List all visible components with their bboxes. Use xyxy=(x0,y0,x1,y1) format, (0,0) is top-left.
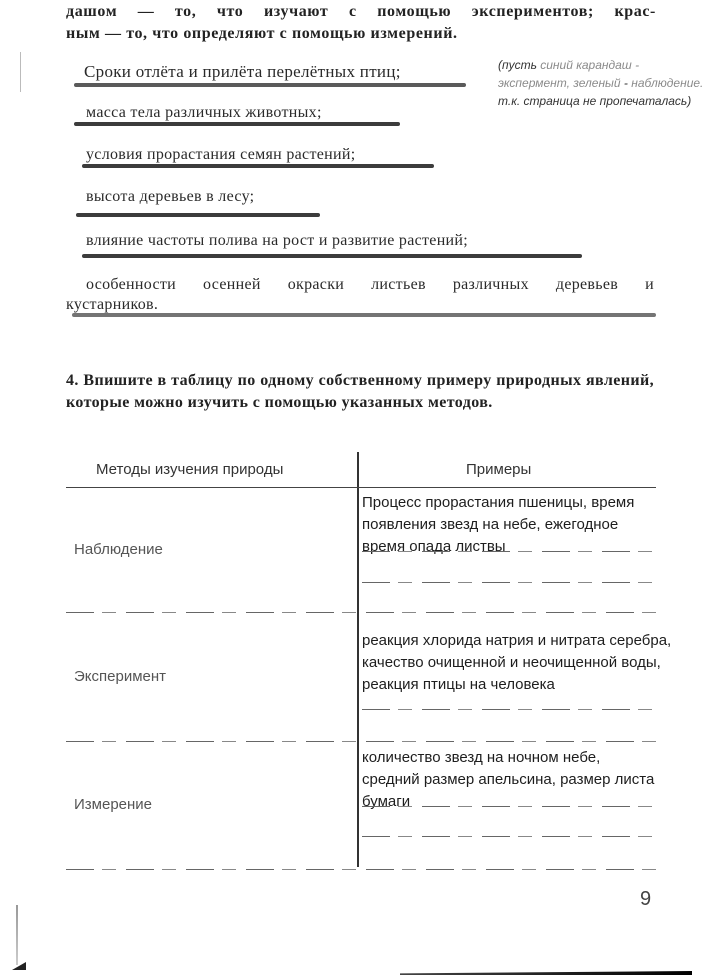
underline-mark xyxy=(82,164,434,168)
table-row-examples: реакция хлорида натрия и нитрата серебра… xyxy=(362,630,672,696)
task-4-prompt: 4. Впишите в таблицу по одному собственн… xyxy=(66,370,654,414)
list-item-3: условия прорастания семян растений; xyxy=(86,146,355,164)
example-line: появления звезд на небе, ежегодное xyxy=(362,514,672,536)
underline-mark xyxy=(76,213,320,217)
table-bottom-rule xyxy=(66,869,656,870)
note-text: (пусть xyxy=(498,58,540,72)
intro-line-2: ным — то, что определяют с помощью измер… xyxy=(66,25,656,43)
example-line: бумаги xyxy=(362,791,672,813)
note-text: - xyxy=(621,76,632,90)
list-item-6-line2: кустарников. xyxy=(66,296,158,314)
note-text: синий карандаш xyxy=(540,58,632,72)
example-line: количество звезд на ночном небе, xyxy=(362,747,672,769)
table-column-divider xyxy=(357,452,359,867)
table-row-method: Измерение xyxy=(74,796,152,813)
note-text: т.к. страница не пропечаталась) xyxy=(498,94,691,108)
scan-edge-shadow xyxy=(400,971,692,975)
table-header-rule xyxy=(66,487,656,488)
list-item-5: влияние частоты полива на рост и развити… xyxy=(86,232,468,250)
writing-line xyxy=(362,551,652,552)
example-line: средний размер апельсина, размер листа xyxy=(362,769,672,791)
table-header-methods: Методы изучения природы xyxy=(96,461,283,478)
table-row-examples: количество звезд на ночном небе, средний… xyxy=(362,747,672,813)
scan-artifact xyxy=(20,52,21,92)
scan-artifact xyxy=(16,905,18,965)
writing-line xyxy=(362,709,652,710)
note-text: наблюдение. xyxy=(631,76,703,90)
example-line: качество очищенной и неочищенной воды, xyxy=(362,652,672,674)
table-row-method: Эксперимент xyxy=(74,668,166,685)
example-line: реакция птицы на человека xyxy=(362,674,672,696)
list-item-4: высота деревьев в лесу; xyxy=(86,188,254,206)
annotation-note: (пусть синий карандаш - экспермент, зеле… xyxy=(498,56,708,110)
table-row-method: Наблюдение xyxy=(74,541,163,558)
example-line: время опада листвы xyxy=(362,536,672,558)
intro-line-1: дашом — то, что изучают с помощью экспер… xyxy=(66,3,656,21)
table-header-examples: Примеры xyxy=(466,461,531,478)
writing-line xyxy=(362,806,652,807)
underline-mark xyxy=(74,122,400,126)
writing-line xyxy=(362,582,652,583)
underline-mark xyxy=(72,313,656,317)
underline-mark xyxy=(82,254,582,258)
table-row-rule xyxy=(66,612,656,613)
example-line: реакция хлорида натрия и нитрата серебра… xyxy=(362,630,672,652)
underline-mark xyxy=(74,83,466,87)
note-text: зеленый xyxy=(573,76,620,90)
scan-artifact xyxy=(12,962,26,970)
list-item-1: Сроки отлёта и прилёта перелётных птиц; xyxy=(84,62,401,82)
page-number: 9 xyxy=(640,888,651,911)
list-item-6-line1: особенности осенней окраски листьев разл… xyxy=(86,276,654,294)
writing-line xyxy=(362,836,652,837)
table-row-examples: Процесс прорастания пшеницы, время появл… xyxy=(362,492,672,558)
list-item-2: масса тела различных животных; xyxy=(86,104,322,122)
example-line: Процесс прорастания пшеницы, время xyxy=(362,492,672,514)
table-row-rule xyxy=(66,741,656,742)
